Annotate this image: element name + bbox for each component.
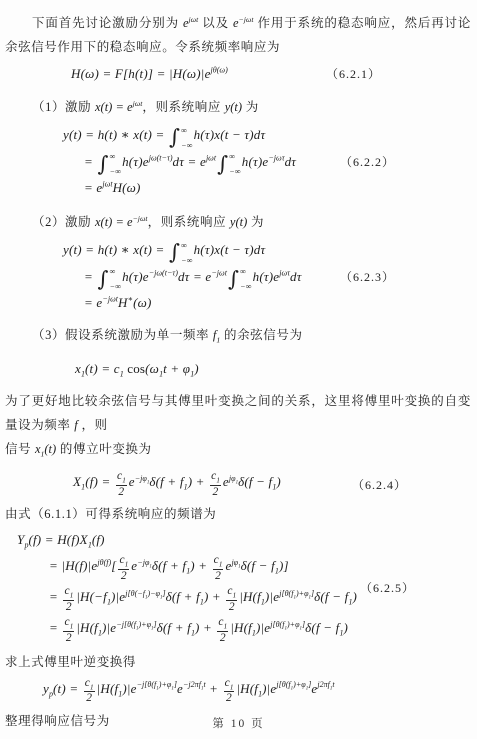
equation-number-625: （6.2.5） xyxy=(360,579,415,596)
document-page: 下面首先讨论激励分别为 ejωt 以及 e−jωt 作用于系统的稳态响应，然后再… xyxy=(0,0,477,739)
paragraph-fourier-1: 为了更好地比较余弦信号与其傅里叶变换之间的关系，这里将傅里叶变换的自变量设为频率… xyxy=(5,389,471,437)
equation-623-line-1: y(t) = h(t) ∗ x(t) = ∫∞−∞h(τ)x(t − τ)dτ xyxy=(63,241,302,265)
equation-623-line-2: = ∫∞−∞h(τ)e−jω(t−τ)dτ = e−jωt∫∞−∞h(τ)ejω… xyxy=(63,268,302,292)
equation-624: X1(f) = c12e−jφ1δ(f + f1) + c12ejφ1δ(f −… xyxy=(73,470,281,498)
section-heading-3: （3）假设系统激励为单一频率 f1 的余弦信号为 xyxy=(5,323,471,353)
paragraph-fourier-2: 信号 x1(t) 的傅立叶变换为 xyxy=(5,437,471,467)
equation-622-line-2: = ∫∞−∞h(τ)ejω(t−τ)dτ = ejωt∫∞−∞h(τ)e−jωτ… xyxy=(63,153,296,177)
equation-623-block: y(t) = h(t) ∗ x(t) = ∫∞−∞h(τ)x(t − τ)dτ … xyxy=(5,238,471,315)
equation-cosine: x1(t) = c1 cos(ω1t + φ1) xyxy=(75,360,199,380)
section-heading-1: （1）激励 x(t) = ejωt，则系统响应 y(t) 为 xyxy=(5,92,471,119)
equation-625-lines: Yp(f) = H(f)X1(f) = |H(f)|ejθ(f)[c12e−jφ… xyxy=(17,528,357,647)
equation-625-line-4: = c12|H(f1)|e−j[θ(f1)+φ1]δ(f + f1) + c12… xyxy=(17,616,357,644)
equation-number-622: （6.2.2） xyxy=(340,153,395,170)
section-heading-2: （2）激励 x(t) = e−jωt，则系统响应 y(t) 为 xyxy=(5,207,471,234)
equation-621-row: H(ω) = F[h(t)] = |H(ω)|ejθ(ω) （6.2.1） xyxy=(5,65,471,83)
equation-624-row: X1(f) = c12e−jφ1δ(f + f1) + c12ejφ1δ(f −… xyxy=(5,470,471,498)
equation-625-block: Yp(f) = H(f)X1(f) = |H(f)|ejθ(f)[c12e−jφ… xyxy=(5,528,471,647)
equation-622-line-1: y(t) = h(t) ∗ x(t) = ∫∞−∞h(τ)x(t − τ)dτ xyxy=(63,126,296,150)
equation-yp-row: yp(t) = c12|H(f1)|e−j[θ(f1)+φ1]e−j2πf1t … xyxy=(5,677,471,705)
equation-622-block: y(t) = h(t) ∗ x(t) = ∫∞−∞h(τ)x(t − τ)dτ … xyxy=(5,123,471,200)
equation-number-623: （6.2.3） xyxy=(340,268,395,285)
equation-625-line-2: = |H(f)|ejθ(f)[c12e−jφ1δ(f + f1) + c12ej… xyxy=(17,554,357,582)
equation-623-lines: y(t) = h(t) ∗ x(t) = ∫∞−∞h(τ)x(t − τ)dτ … xyxy=(63,238,302,315)
equation-621: H(ω) = F[h(t)] = |H(ω)|ejθ(ω) xyxy=(71,65,228,83)
equation-622-lines: y(t) = h(t) ∗ x(t) = ∫∞−∞h(τ)x(t − τ)dτ … xyxy=(63,123,296,200)
equation-625-line-3: = c12|H(−f1)|ej[θ(−f1)−φ1]δ(f + f1) + c1… xyxy=(17,585,357,613)
page-footer: 第 10 页 xyxy=(0,715,477,731)
equation-625-line-1: Yp(f) = H(f)X1(f) xyxy=(17,531,357,551)
equation-622-line-3: = ejωtH(ω) xyxy=(63,179,296,197)
equation-number-621: （6.2.1） xyxy=(326,65,381,82)
equation-yp: yp(t) = c12|H(f1)|e−j[θ(f1)+φ1]e−j2πf1t … xyxy=(43,677,335,705)
paragraph-inverse: 求上式傅里叶逆变换得 xyxy=(5,650,471,674)
paragraph-intro: 下面首先讨论激励分别为 ejωt 以及 e−jωt 作用于系统的稳态响应，然后再… xyxy=(5,8,471,59)
equation-number-624: （6.2.4） xyxy=(352,476,407,493)
paragraph-spectrum: 由式（6.1.1）可得系统响应的频谱为 xyxy=(5,502,471,526)
equation-cosine-row: x1(t) = c1 cos(ω1t + φ1) xyxy=(5,360,471,380)
equation-623-line-3: = e−jωtH∗(ω) xyxy=(63,294,302,312)
